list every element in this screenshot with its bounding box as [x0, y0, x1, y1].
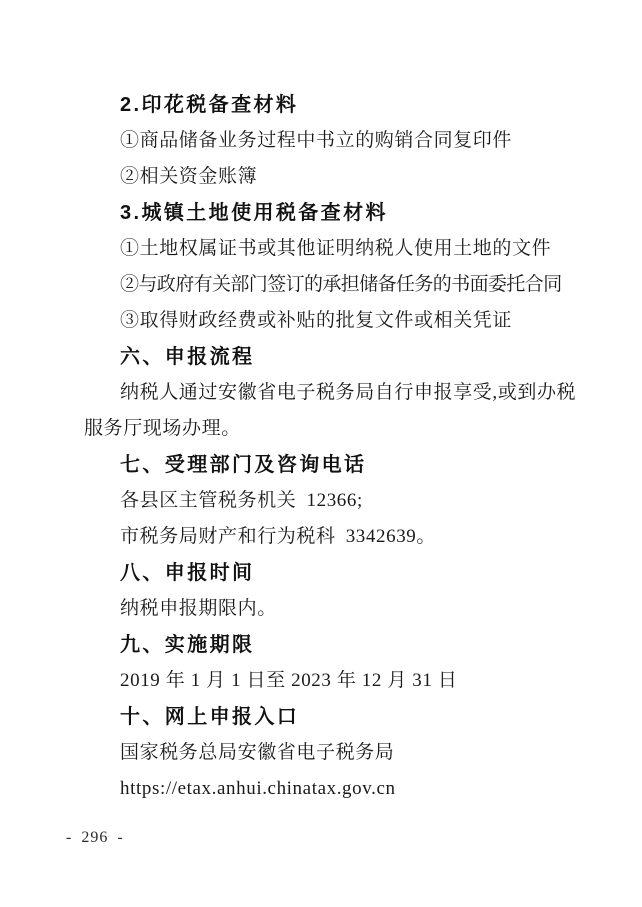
paragraph-filing-process-line-2: 服务厅现场办理。: [84, 411, 558, 447]
document-page: 2.印花税备查材料 ①商品储备业务过程中书立的购销合同复印件 ②相关资金账簿 3…: [0, 0, 642, 907]
list-item-2: ②相关资金账簿: [84, 159, 558, 195]
paragraph-city-tax-phone: 市税务局财产和行为税科 3342639。: [84, 519, 558, 555]
list-item-3: ①土地权属证书或其他证明纳税人使用土地的文件: [84, 231, 558, 267]
section-heading-filing-process: 六、申报流程: [84, 339, 558, 375]
section-heading-department-contact: 七、受理部门及咨询电话: [84, 447, 558, 483]
page-number: - 296 -: [66, 829, 124, 847]
paragraph-filing-process-line-1: 纳税人通过安徽省电子税务局自行申报享受,或到办税: [84, 375, 558, 411]
section-heading-land-use-tax-materials: 3.城镇土地使用税备查材料: [84, 195, 558, 231]
paragraph-county-tax-phone: 各县区主管税务机关 12366;: [84, 483, 558, 519]
section-heading-stamp-tax-materials: 2.印花税备查材料: [84, 87, 558, 123]
section-heading-online-entry: 十、网上申报入口: [84, 699, 558, 735]
paragraph-implementation-period: 2019 年 1 月 1 日至 2023 年 12 月 31 日: [84, 663, 558, 699]
list-item-5: ③取得财政经费或补贴的批复文件或相关凭证: [84, 303, 558, 339]
paragraph-etax-bureau-name: 国家税务总局安徽省电子税务局: [84, 735, 558, 771]
section-heading-implementation-period: 九、实施期限: [84, 627, 558, 663]
list-item-4: ②与政府有关部门签订的承担储备任务的书面委托合同: [84, 267, 558, 303]
section-heading-filing-time: 八、申报时间: [84, 555, 558, 591]
document-body: 2.印花税备查材料 ①商品储备业务过程中书立的购销合同复印件 ②相关资金账簿 3…: [84, 87, 558, 807]
paragraph-etax-url: https://etax.anhui.chinatax.gov.cn: [84, 771, 558, 807]
paragraph-filing-time: 纳税申报期限内。: [84, 591, 558, 627]
list-item-1: ①商品储备业务过程中书立的购销合同复印件: [84, 123, 558, 159]
